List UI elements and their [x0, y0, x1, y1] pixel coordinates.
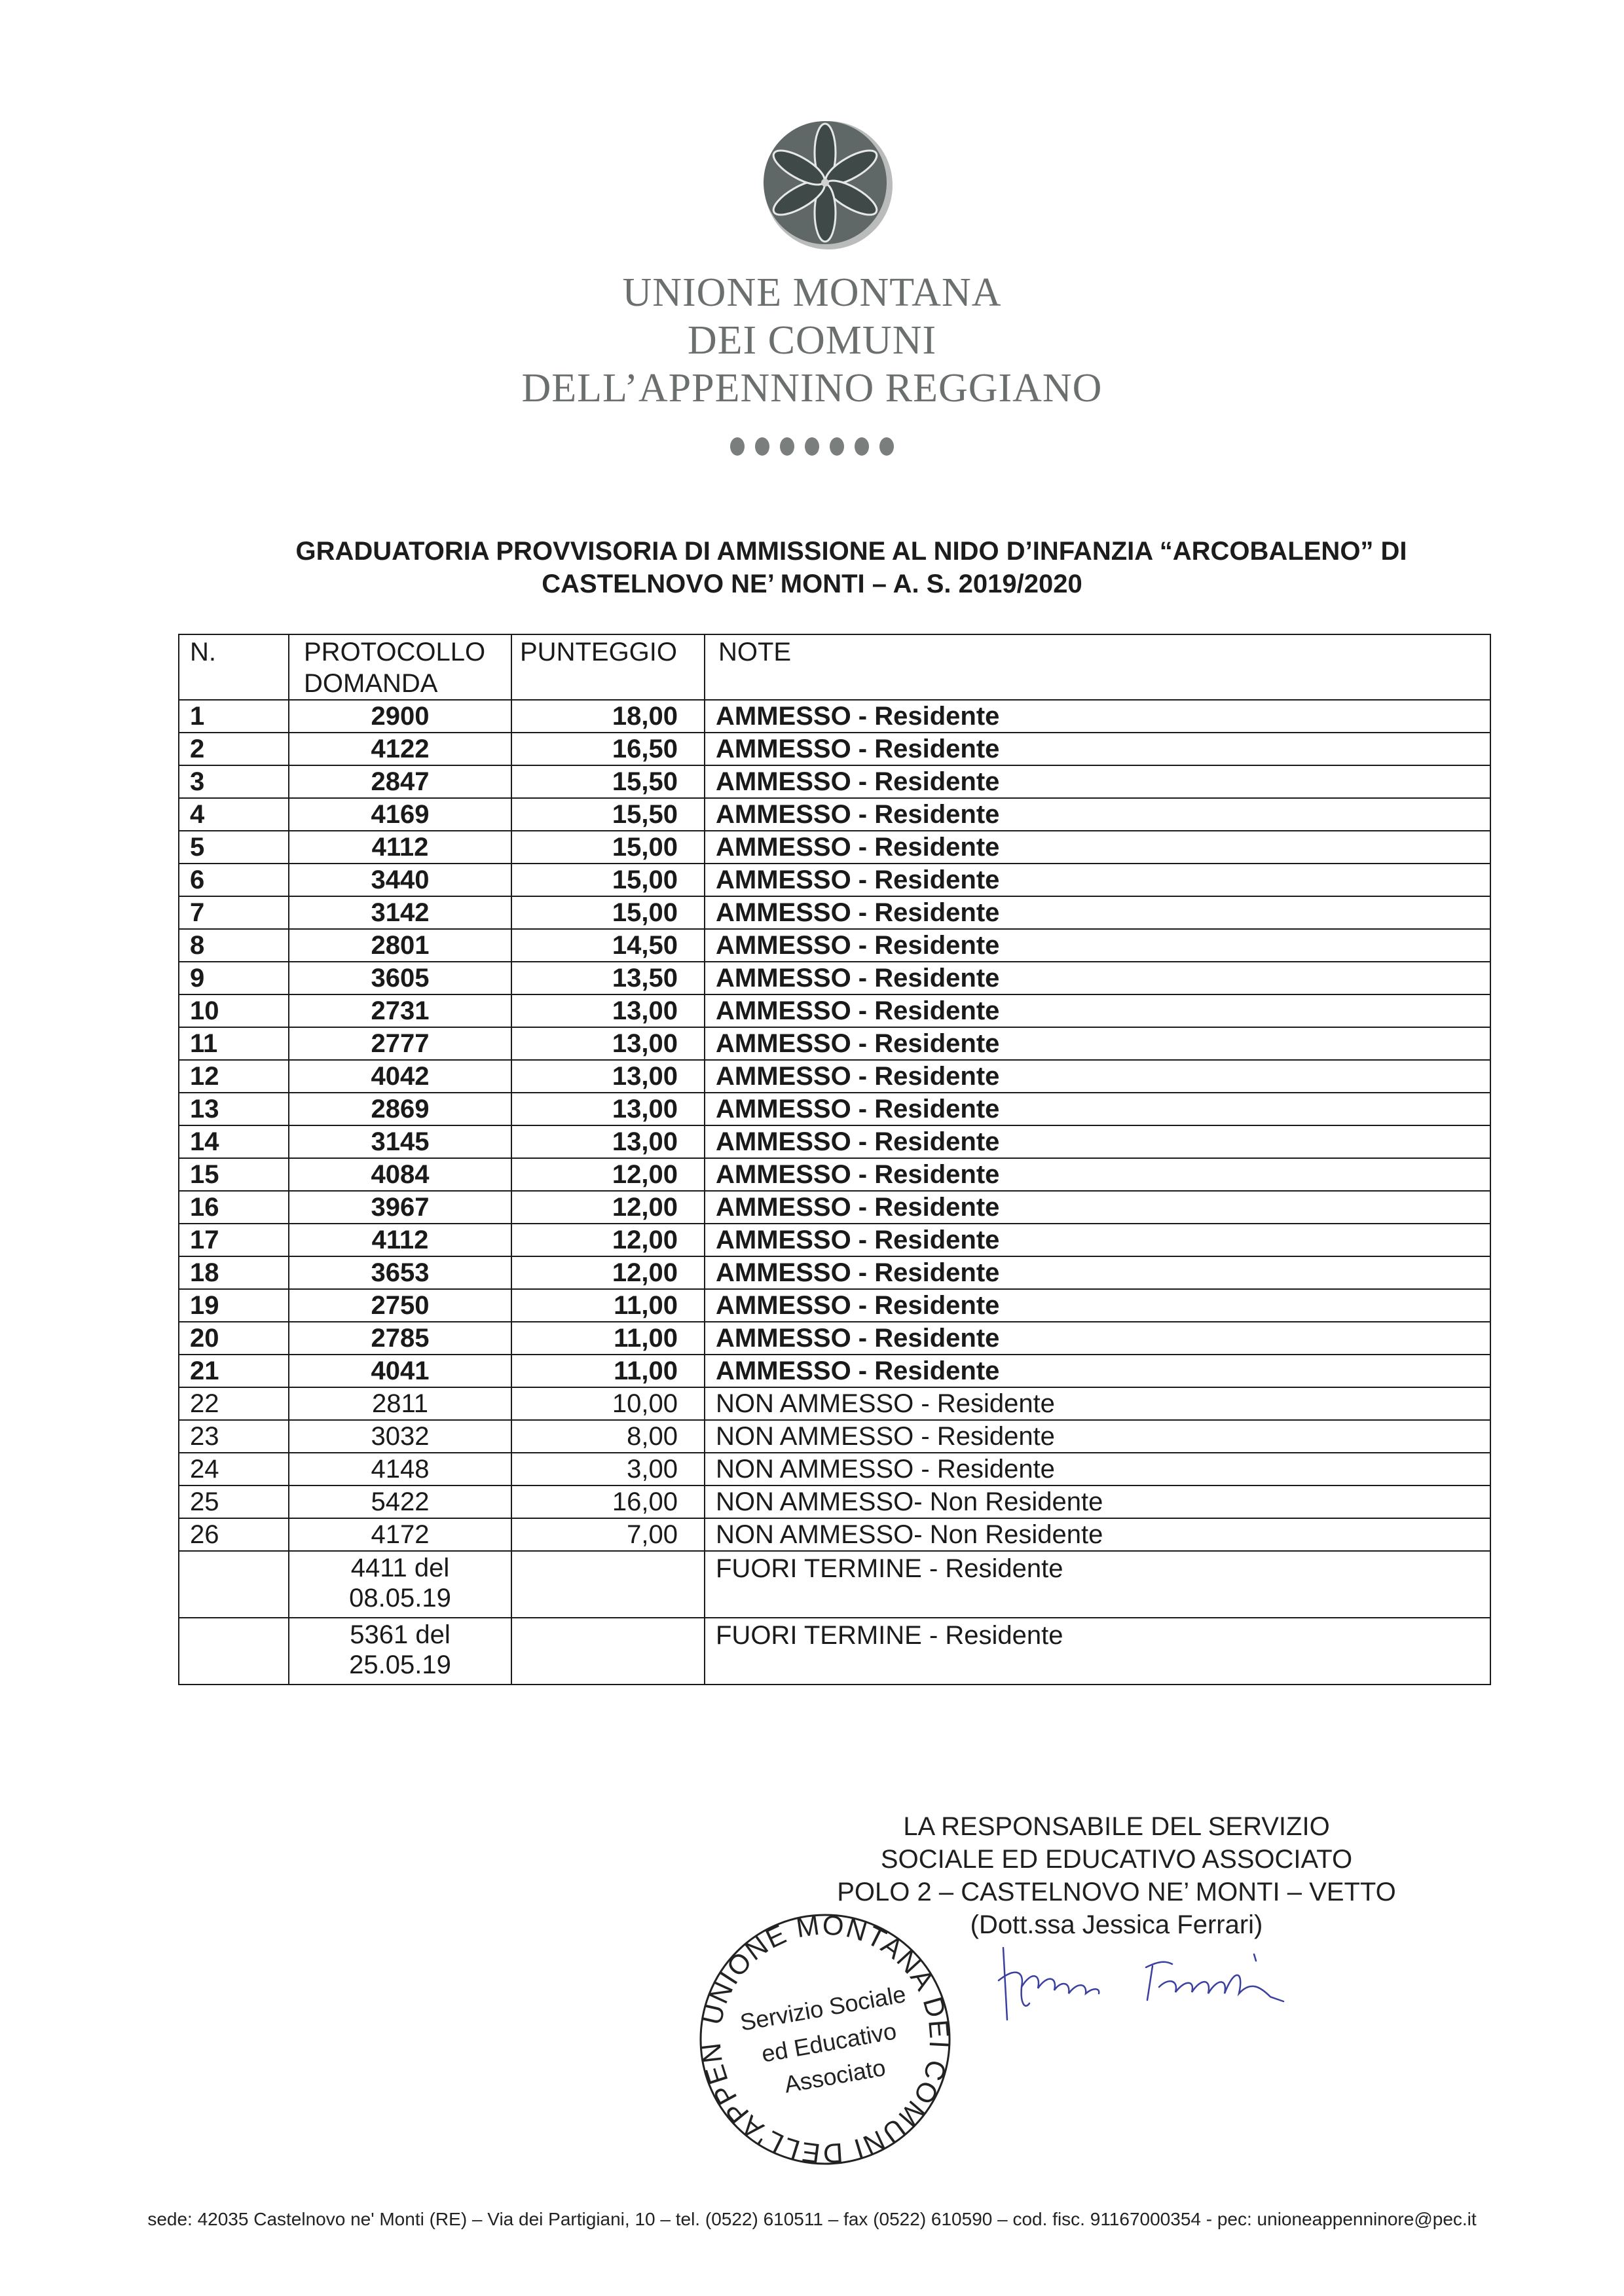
note-cell: AMMESSO - Residente [705, 831, 1490, 864]
note-cell: NON AMMESSO - Residente [705, 1453, 1490, 1485]
table-row: 20278511,00AMMESSO - Residente [179, 1322, 1490, 1355]
footer-contact-info: sede: 42035 Castelnovo ne' Monti (RE) – … [0, 2209, 1624, 2230]
score-cell: 3,00 [511, 1453, 705, 1485]
rank-cell: 1 [179, 700, 289, 733]
note-cell: FUORI TERMINE - Residente [705, 1618, 1490, 1685]
table-row: 4416915,50AMMESSO - Residente [179, 798, 1490, 831]
decorative-dot [730, 437, 745, 456]
protocol-cell: 3032 [289, 1420, 511, 1453]
table-row: 3284715,50AMMESSO - Residente [179, 765, 1490, 798]
decorative-dot [805, 437, 819, 456]
protocol-cell: 4084 [289, 1158, 511, 1191]
protocol-number: 5361 del [289, 1620, 511, 1650]
table-row: 17411212,00AMMESSO - Residente [179, 1224, 1490, 1256]
note-cell: AMMESSO - Residente [705, 864, 1490, 896]
table-row: 2330328,00NON AMMESSO - Residente [179, 1420, 1490, 1453]
note-cell: AMMESSO - Residente [705, 1289, 1490, 1322]
note-cell: AMMESSO - Residente [705, 1060, 1490, 1093]
decorative-dot [879, 437, 894, 456]
rank-cell: 17 [179, 1224, 289, 1256]
note-cell: AMMESSO - Residente [705, 733, 1490, 765]
decorative-dot [830, 437, 844, 456]
protocol-cell: 4148 [289, 1453, 511, 1485]
decorative-dots [0, 437, 1624, 459]
note-cell: FUORI TERMINE - Residente [705, 1551, 1490, 1618]
protocol-cell: 2900 [289, 700, 511, 733]
rank-cell: 15 [179, 1158, 289, 1191]
table-row: 14314513,00AMMESSO - Residente [179, 1125, 1490, 1158]
table-row: 2441483,00NON AMMESSO - Residente [179, 1453, 1490, 1485]
rank-cell: 14 [179, 1125, 289, 1158]
protocol-cell: 3967 [289, 1191, 511, 1224]
table-row: 1290018,00AMMESSO - Residente [179, 700, 1490, 733]
score-cell: 10,00 [511, 1387, 705, 1420]
rank-cell: 21 [179, 1355, 289, 1387]
protocol-cell: 4411 del08.05.19 [289, 1551, 511, 1618]
protocol-cell: 2801 [289, 929, 511, 962]
protocol-cell: 4042 [289, 1060, 511, 1093]
handwritten-signature-icon [995, 1941, 1290, 2026]
table-row: 11277713,00AMMESSO - Residente [179, 1027, 1490, 1060]
score-cell: 12,00 [511, 1158, 705, 1191]
rank-cell: 23 [179, 1420, 289, 1453]
rank-cell: 11 [179, 1027, 289, 1060]
score-cell: 15,00 [511, 896, 705, 929]
protocol-date: 25.05.19 [289, 1650, 511, 1680]
ranking-table: N. PROTOCOLLO DOMANDA PUNTEGGIO NOTE 129… [178, 634, 1491, 1685]
rank-cell: 18 [179, 1256, 289, 1289]
rank-cell: 7 [179, 896, 289, 929]
rank-cell: 24 [179, 1453, 289, 1485]
table-row: 2412216,50AMMESSO - Residente [179, 733, 1490, 765]
decorative-dot [780, 437, 794, 456]
note-cell: AMMESSO - Residente [705, 1256, 1490, 1289]
note-cell: NON AMMESSO - Residente [705, 1387, 1490, 1420]
rank-cell [179, 1551, 289, 1618]
note-cell: AMMESSO - Residente [705, 798, 1490, 831]
protocol-cell: 3605 [289, 962, 511, 994]
protocol-date: 08.05.19 [289, 1583, 511, 1613]
rank-cell: 8 [179, 929, 289, 962]
rank-cell: 9 [179, 962, 289, 994]
rank-cell: 12 [179, 1060, 289, 1093]
protocol-cell: 2785 [289, 1322, 511, 1355]
protocol-cell: 4122 [289, 733, 511, 765]
score-cell: 11,00 [511, 1322, 705, 1355]
table-row: 9360513,50AMMESSO - Residente [179, 962, 1490, 994]
rank-cell: 26 [179, 1518, 289, 1551]
decorative-dot [855, 437, 869, 456]
score-cell: 12,00 [511, 1256, 705, 1289]
note-cell: AMMESSO - Residente [705, 1158, 1490, 1191]
table-row: 10273113,00AMMESSO - Residente [179, 994, 1490, 1027]
note-cell: AMMESSO - Residente [705, 1224, 1490, 1256]
letterhead-line-2: DEI COMUNI [0, 318, 1624, 364]
header-n: N. [179, 634, 289, 700]
note-cell: AMMESSO - Residente [705, 1355, 1490, 1387]
protocol-cell: 4172 [289, 1518, 511, 1551]
score-cell: 12,00 [511, 1224, 705, 1256]
score-cell: 13,50 [511, 962, 705, 994]
table-row: 7314215,00AMMESSO - Residente [179, 896, 1490, 929]
note-cell: AMMESSO - Residente [705, 994, 1490, 1027]
protocol-cell: 2777 [289, 1027, 511, 1060]
protocol-cell: 4041 [289, 1355, 511, 1387]
table-row: 16396712,00AMMESSO - Residente [179, 1191, 1490, 1224]
protocol-cell: 5422 [289, 1485, 511, 1518]
protocol-cell: 3145 [289, 1125, 511, 1158]
rank-cell: 3 [179, 765, 289, 798]
table-row: 22281110,00NON AMMESSO - Residente [179, 1387, 1490, 1420]
protocol-cell: 3653 [289, 1256, 511, 1289]
table-row: 8280114,50AMMESSO - Residente [179, 929, 1490, 962]
rank-cell: 19 [179, 1289, 289, 1322]
note-cell: NON AMMESSO- Non Residente [705, 1518, 1490, 1551]
protocol-cell: 2869 [289, 1093, 511, 1125]
table-row: 2641727,00NON AMMESSO- Non Residente [179, 1518, 1490, 1551]
protocol-cell: 4112 [289, 831, 511, 864]
score-cell: 13,00 [511, 1093, 705, 1125]
protocol-cell: 2731 [289, 994, 511, 1027]
score-cell: 18,00 [511, 700, 705, 733]
signature-title-line-1: LA RESPONSABILE DEL SERVIZIO [822, 1812, 1411, 1842]
header-punteggio: PUNTEGGIO [511, 634, 705, 700]
table-row: 5411215,00AMMESSO - Residente [179, 831, 1490, 864]
table-row-late: 5361 del25.05.19FUORI TERMINE - Resident… [179, 1618, 1490, 1685]
flower-emblem-icon [760, 115, 897, 255]
table-body: 1290018,00AMMESSO - Residente2412216,50A… [179, 700, 1490, 1685]
official-stamp-icon: UNIONE MONTANA DEI COMUNI DELL'APPENNINO… [694, 1902, 956, 2177]
score-cell: 15,00 [511, 831, 705, 864]
table-row: 21404111,00AMMESSO - Residente [179, 1355, 1490, 1387]
rank-cell: 20 [179, 1322, 289, 1355]
rank-cell: 10 [179, 994, 289, 1027]
rank-cell: 22 [179, 1387, 289, 1420]
document-title-line-1: GRADUATORIA PROVVISORIA DI AMMISSIONE AL… [39, 537, 1624, 566]
table-header-row: N. PROTOCOLLO DOMANDA PUNTEGGIO NOTE [179, 634, 1490, 700]
note-cell: AMMESSO - Residente [705, 1027, 1490, 1060]
score-cell: 13,00 [511, 1027, 705, 1060]
score-cell: 13,00 [511, 994, 705, 1027]
header-protocollo: PROTOCOLLO DOMANDA [289, 634, 511, 700]
note-cell: AMMESSO - Residente [705, 896, 1490, 929]
note-cell: AMMESSO - Residente [705, 1191, 1490, 1224]
score-cell: 16,00 [511, 1485, 705, 1518]
signature-title-line-2: SOCIALE ED EDUCATIVO ASSOCIATO [822, 1845, 1411, 1874]
protocol-cell: 2847 [289, 765, 511, 798]
protocol-cell: 3440 [289, 864, 511, 896]
score-cell: 15,50 [511, 765, 705, 798]
table-row: 19275011,00AMMESSO - Residente [179, 1289, 1490, 1322]
document-title-line-2: CASTELNOVO NE’ MONTI – A. S. 2019/2020 [0, 570, 1624, 599]
rank-cell: 4 [179, 798, 289, 831]
note-cell: AMMESSO - Residente [705, 1125, 1490, 1158]
score-cell: 8,00 [511, 1420, 705, 1453]
protocol-cell: 5361 del25.05.19 [289, 1618, 511, 1685]
note-cell: NON AMMESSO - Residente [705, 1420, 1490, 1453]
letterhead-line-1: UNIONE MONTANA [0, 270, 1624, 316]
rank-cell: 2 [179, 733, 289, 765]
score-cell: 13,00 [511, 1125, 705, 1158]
note-cell: AMMESSO - Residente [705, 1322, 1490, 1355]
table-row: 13286913,00AMMESSO - Residente [179, 1093, 1490, 1125]
table-row: 6344015,00AMMESSO - Residente [179, 864, 1490, 896]
protocol-number: 4411 del [289, 1553, 511, 1583]
score-cell: 16,50 [511, 733, 705, 765]
decorative-dot [755, 437, 769, 456]
rank-cell: 13 [179, 1093, 289, 1125]
protocol-cell: 4169 [289, 798, 511, 831]
table-row: 18365312,00AMMESSO - Residente [179, 1256, 1490, 1289]
score-cell: 15,50 [511, 798, 705, 831]
note-cell: AMMESSO - Residente [705, 700, 1490, 733]
table-row: 12404213,00AMMESSO - Residente [179, 1060, 1490, 1093]
note-cell: AMMESSO - Residente [705, 929, 1490, 962]
score-cell: 7,00 [511, 1518, 705, 1551]
score-cell: 12,00 [511, 1191, 705, 1224]
note-cell: NON AMMESSO- Non Residente [705, 1485, 1490, 1518]
header-note: NOTE [705, 634, 1490, 700]
rank-cell: 6 [179, 864, 289, 896]
score-cell: 11,00 [511, 1289, 705, 1322]
score-cell: 14,50 [511, 929, 705, 962]
letterhead-line-3: DELL’APPENNINO REGGIANO [0, 365, 1624, 412]
score-cell: 13,00 [511, 1060, 705, 1093]
protocol-cell: 3142 [289, 896, 511, 929]
rank-cell: 25 [179, 1485, 289, 1518]
table-row: 15408412,00AMMESSO - Residente [179, 1158, 1490, 1191]
table-row: 25542216,00NON AMMESSO- Non Residente [179, 1485, 1490, 1518]
table-row-late: 4411 del08.05.19FUORI TERMINE - Resident… [179, 1551, 1490, 1618]
score-cell [511, 1551, 705, 1618]
score-cell [511, 1618, 705, 1685]
rank-cell: 5 [179, 831, 289, 864]
note-cell: AMMESSO - Residente [705, 962, 1490, 994]
rank-cell: 16 [179, 1191, 289, 1224]
note-cell: AMMESSO - Residente [705, 1093, 1490, 1125]
protocol-cell: 2811 [289, 1387, 511, 1420]
protocol-cell: 2750 [289, 1289, 511, 1322]
score-cell: 11,00 [511, 1355, 705, 1387]
score-cell: 15,00 [511, 864, 705, 896]
note-cell: AMMESSO - Residente [705, 765, 1490, 798]
rank-cell [179, 1618, 289, 1685]
protocol-cell: 4112 [289, 1224, 511, 1256]
